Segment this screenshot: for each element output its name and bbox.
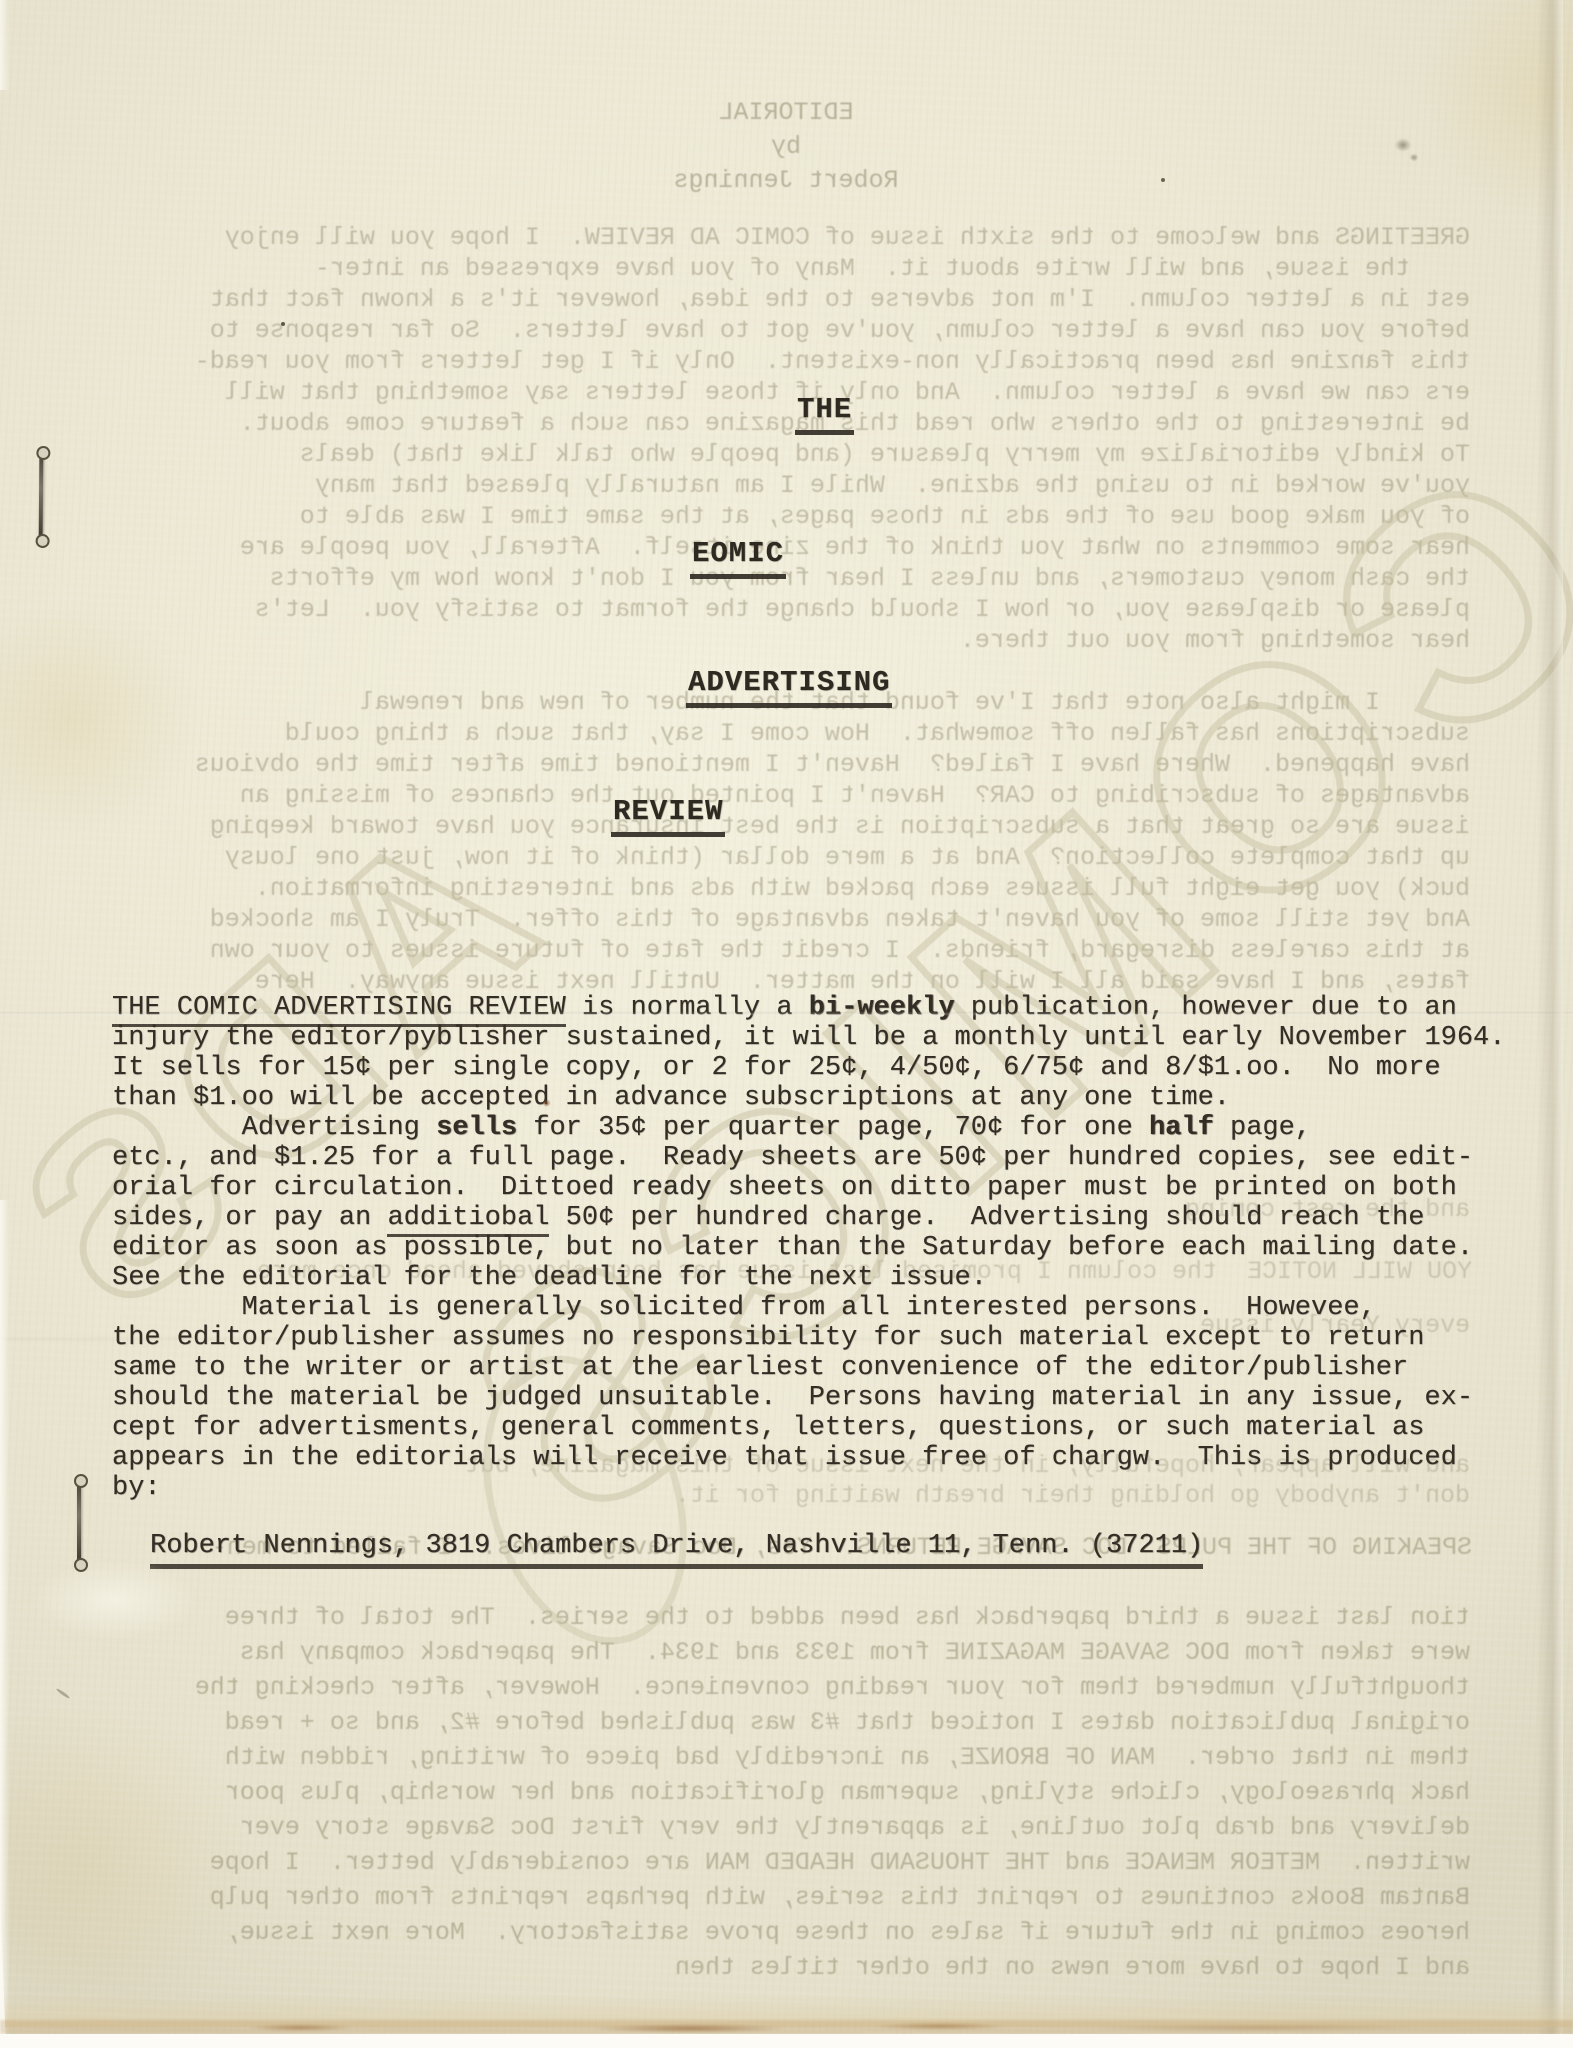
paper-crease bbox=[0, 1338, 944, 1340]
body-line: by: bbox=[112, 1473, 1512, 1503]
bleedthrough-line: written. METEOR MENACE and THE THOUSAND … bbox=[106, 1845, 1470, 1880]
bleedthrough-line: up that complete collection? And at a me… bbox=[106, 842, 1470, 873]
bleedthrough-line: hear something from you out there. bbox=[106, 625, 1470, 656]
bleedthrough-line: buck) you get eight full issues each pac… bbox=[106, 873, 1470, 904]
body-line: cept for advertisments, general comments… bbox=[112, 1413, 1512, 1443]
bleedthrough-line: Bantam Books continues to reprint this s… bbox=[106, 1880, 1470, 1915]
bleedthrough-line: EDITORIAL bbox=[106, 96, 1466, 130]
bleedthrough-line: hear some comments on what you think of … bbox=[106, 532, 1470, 563]
bleedthrough-line: were taken from DOC SAVAGE MAGAZINE from… bbox=[106, 1635, 1470, 1670]
bleedthrough-line: And yet still some of you haven't taken … bbox=[106, 904, 1470, 935]
bleedthrough-line: thoughtfully numbered them for your read… bbox=[106, 1670, 1470, 1705]
body-line: same to the writer or artist at the earl… bbox=[112, 1353, 1512, 1383]
bleedthrough-line: issue are so great that a subscription i… bbox=[106, 811, 1470, 842]
bleedthrough-line: tion last issue a third paperback has be… bbox=[106, 1600, 1470, 1635]
title-word: ADVERTISING bbox=[686, 666, 892, 708]
bleedthrough-line: before you can have a letter column, you… bbox=[106, 315, 1470, 346]
body-line: editor as soon as possible, but no later… bbox=[112, 1233, 1512, 1263]
bleedthrough-heading: EDITORIALbyRobert Jennings bbox=[106, 96, 1466, 198]
body-line: See the editorial for the deadline for t… bbox=[112, 1263, 1512, 1293]
bleedthrough-line: advantages of subscribing to CAR? Haven'… bbox=[106, 780, 1470, 811]
bleedthrough-line: GREETINGS and welcome to the sixth issue… bbox=[106, 222, 1470, 253]
page-corner-top-left bbox=[0, 0, 10, 90]
bottom-edge-stain bbox=[0, 2020, 1573, 2034]
bleedthrough-line: hack phraseology, cliche styling, superm… bbox=[106, 1775, 1470, 1810]
address-line: Robert Nennings, 3819 Chambers Drive, Na… bbox=[150, 1531, 1203, 1569]
paper-scuff bbox=[30, 1560, 200, 1640]
body-line: sides, or pay an additiobal 50¢ per hund… bbox=[112, 1203, 1512, 1233]
bleedthrough-line: original publication dates I noticed tha… bbox=[106, 1705, 1470, 1740]
bleedthrough-line: Robert Jennings bbox=[106, 164, 1466, 198]
body-line: It sells for 15¢ per single copy, or 2 f… bbox=[112, 1053, 1512, 1083]
bleedthrough-line: at this careless disregard, friends. I c… bbox=[106, 935, 1470, 966]
page-edge-right bbox=[1537, 0, 1563, 2048]
bleedthrough-line: have happened. Where have I failed? Have… bbox=[106, 749, 1470, 780]
title-word: THE bbox=[795, 393, 854, 435]
body-line: Advertising sells for 35¢ per quarter pa… bbox=[112, 1113, 1512, 1143]
bleedthrough-line: est in a letter column. I'm not adverse … bbox=[106, 284, 1470, 315]
body-line: orial for circulation. Dittoed ready she… bbox=[112, 1173, 1512, 1203]
speck bbox=[56, 1688, 71, 1700]
body-line: should the material be judged unsuitable… bbox=[112, 1383, 1512, 1413]
paper-crease bbox=[0, 1012, 1573, 1015]
bleedthrough-line: them in that order. MAN OF BRONZE, an in… bbox=[106, 1740, 1470, 1775]
bleedthrough-line: of you make good use of the ads in those… bbox=[106, 501, 1470, 532]
bleedthrough-line: be interesting to the others who read th… bbox=[106, 408, 1470, 439]
body-line: etc., and $1.25 for a full page. Ready s… bbox=[112, 1143, 1512, 1173]
title-word: REVIEW bbox=[611, 795, 725, 837]
body-line: appears in the editorials will receive t… bbox=[112, 1443, 1512, 1473]
page-edge-left bbox=[0, 1200, 10, 2048]
bleedthrough-line: subscriptions has fallen off somewhat. H… bbox=[106, 718, 1470, 749]
bleedthrough-line: you've worked in to using the adzine. Wh… bbox=[106, 470, 1470, 501]
bleedthrough-line: ers can we have a letter column. And onl… bbox=[106, 377, 1470, 408]
bleedthrough-line: the cash money customers, and unless I h… bbox=[106, 563, 1470, 594]
bleedthrough-line: by bbox=[106, 130, 1466, 164]
page: EDITORIALbyRobert Jennings GREETINGS and… bbox=[0, 0, 1573, 2048]
body-line: THE COMIC ADVERTISING REVIEW is normally… bbox=[112, 993, 1512, 1023]
body-line: injury the editor/pyblisher sustained, i… bbox=[112, 1023, 1512, 1053]
bleedthrough-line: and I hope to have more news on the othe… bbox=[106, 1950, 1470, 1985]
title-word: EOMIC bbox=[690, 537, 786, 579]
bleedthrough-line: this fanzine has been practically non-ex… bbox=[106, 346, 1470, 377]
staple-icon bbox=[39, 455, 44, 539]
bottom-edge bbox=[0, 2034, 1573, 2048]
body-text: THE COMIC ADVERTISING REVIEW is normally… bbox=[112, 993, 1512, 1503]
bleedthrough-line: the issue, and will write about it. Many… bbox=[106, 253, 1470, 284]
staple-icon bbox=[77, 1483, 81, 1563]
bleedthrough-line: please or displease you, or how I should… bbox=[106, 594, 1470, 625]
body-line: than $1.oo will be accepted in advance s… bbox=[112, 1083, 1512, 1113]
bleedthrough-bottom-paragraph: tion last issue a third paperback has be… bbox=[106, 1600, 1470, 1985]
bleedthrough-line: heroes coming in the future if sales on … bbox=[106, 1915, 1470, 1950]
bleedthrough-line: delivery and drab plot outline, is appar… bbox=[106, 1810, 1470, 1845]
bleedthrough-top-paragraph: GREETINGS and welcome to the sixth issue… bbox=[106, 222, 1470, 997]
bleedthrough-line: To kindly editorialize my merry pleasure… bbox=[106, 439, 1470, 470]
body-line: Material is generally solicited from all… bbox=[112, 1293, 1512, 1323]
